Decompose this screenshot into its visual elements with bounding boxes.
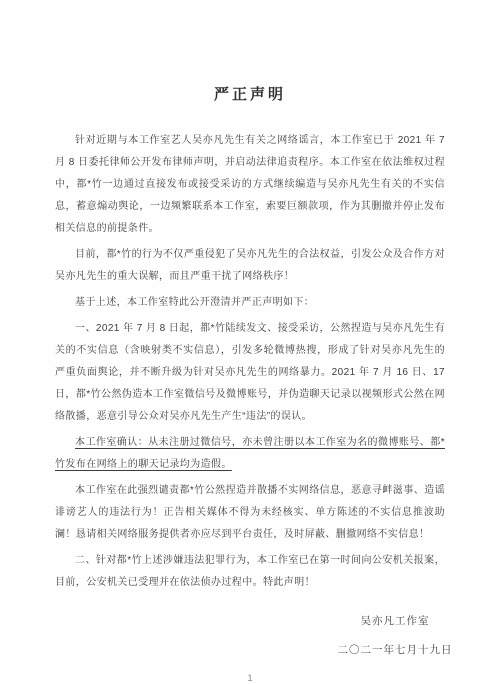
paragraph-current-harm: 目前，都*竹的行为不仅严重侵犯了吴亦凡先生的合法权益，引发公众及合作方对吴亦凡先… — [55, 244, 445, 288]
paragraph-confirmation-underlined: 本工作室确认：从未注册过微信号，亦未曾注册以本工作室为名的微博账号、都*竹发布在… — [55, 432, 445, 476]
paragraph-point-two: 二、针对都*竹上述涉嫌违法犯罪行为，本工作室已在第一时间向公安机关报案，目前，公… — [55, 550, 445, 594]
signature-studio-name: 吴亦凡工作室 — [235, 610, 500, 632]
document-title: 严正声明 — [55, 83, 445, 104]
signature-block: 吴亦凡工作室 二〇二一年七月十九日 — [235, 610, 500, 661]
signature-date: 二〇二一年七月十九日 — [235, 639, 500, 661]
paragraph-declaration-lead: 基于上述，本工作室特此公开澄清并严正声明如下： — [55, 292, 445, 314]
paragraph-intro: 针对近期与本工作室艺人吴亦凡先生有关之网络谣言，本工作室已于 2021 年 7 … — [55, 130, 445, 240]
statement-document: 严正声明 针对近期与本工作室艺人吴亦凡先生有关之网络谣言，本工作室已于 2021… — [0, 0, 500, 684]
page-number: 1 — [55, 673, 445, 683]
paragraph-condemnation: 本工作室在此强烈谴责都*竹公然捏造并散播不实网络信息，恶意寻衅滋事、造谣诽谤艺人… — [55, 480, 445, 546]
paragraph-point-one: 一、2021 年 7 月 8 日起，都*竹陆续发文、接受采访，公然捏造与吴亦凡先… — [55, 318, 445, 428]
